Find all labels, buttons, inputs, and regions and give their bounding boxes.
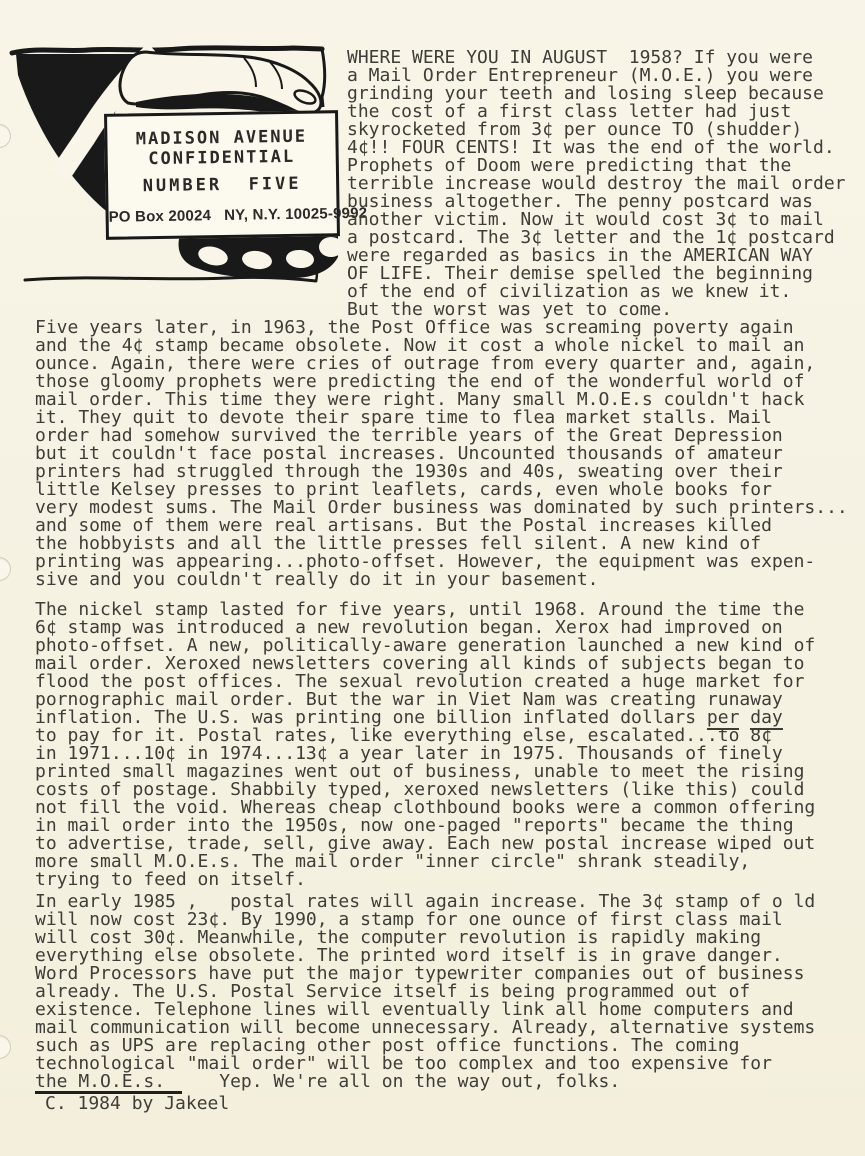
paragraph-1963: Five years later, in 1963, the Post Offi… <box>35 319 848 589</box>
illustration-bottom-line <box>25 277 316 281</box>
text-line: trying to feed on itself. <box>35 871 815 889</box>
torn-paper-right-edge <box>322 49 325 107</box>
masthead-card: MADISON AVENUE CONFIDENTIAL NUMBER FIVE … <box>104 110 340 240</box>
masthead-issue-number: NUMBER FIVE <box>108 175 336 196</box>
intro-column: WHERE WERE YOU IN AUGUST 1958? If you we… <box>347 49 846 319</box>
masthead-address: PO Box 20024 NY, N.Y. 10025-9992 <box>109 205 337 226</box>
text-line: sive and you couldn't really do it in yo… <box>35 571 848 589</box>
copyright-line: C. 1984 by Jakeel <box>45 1095 229 1113</box>
newsletter-scan-page: { "paper_color": "#f6f2e2", "ink_color":… <box>0 0 865 1156</box>
masthead-title-line1: MADISON AVENUE <box>107 126 335 150</box>
text-line: the M.O.E.s. Yep. We're all on the way o… <box>35 1073 815 1091</box>
punch-hole <box>0 557 11 581</box>
masthead-title-line2: CONFIDENTIAL <box>108 146 336 170</box>
paragraph-1985: In early 1985 , postal rates will again … <box>35 893 815 1091</box>
punch-hole <box>0 1035 11 1059</box>
paragraph-1968: The nickel stamp lasted for five years, … <box>35 601 815 889</box>
